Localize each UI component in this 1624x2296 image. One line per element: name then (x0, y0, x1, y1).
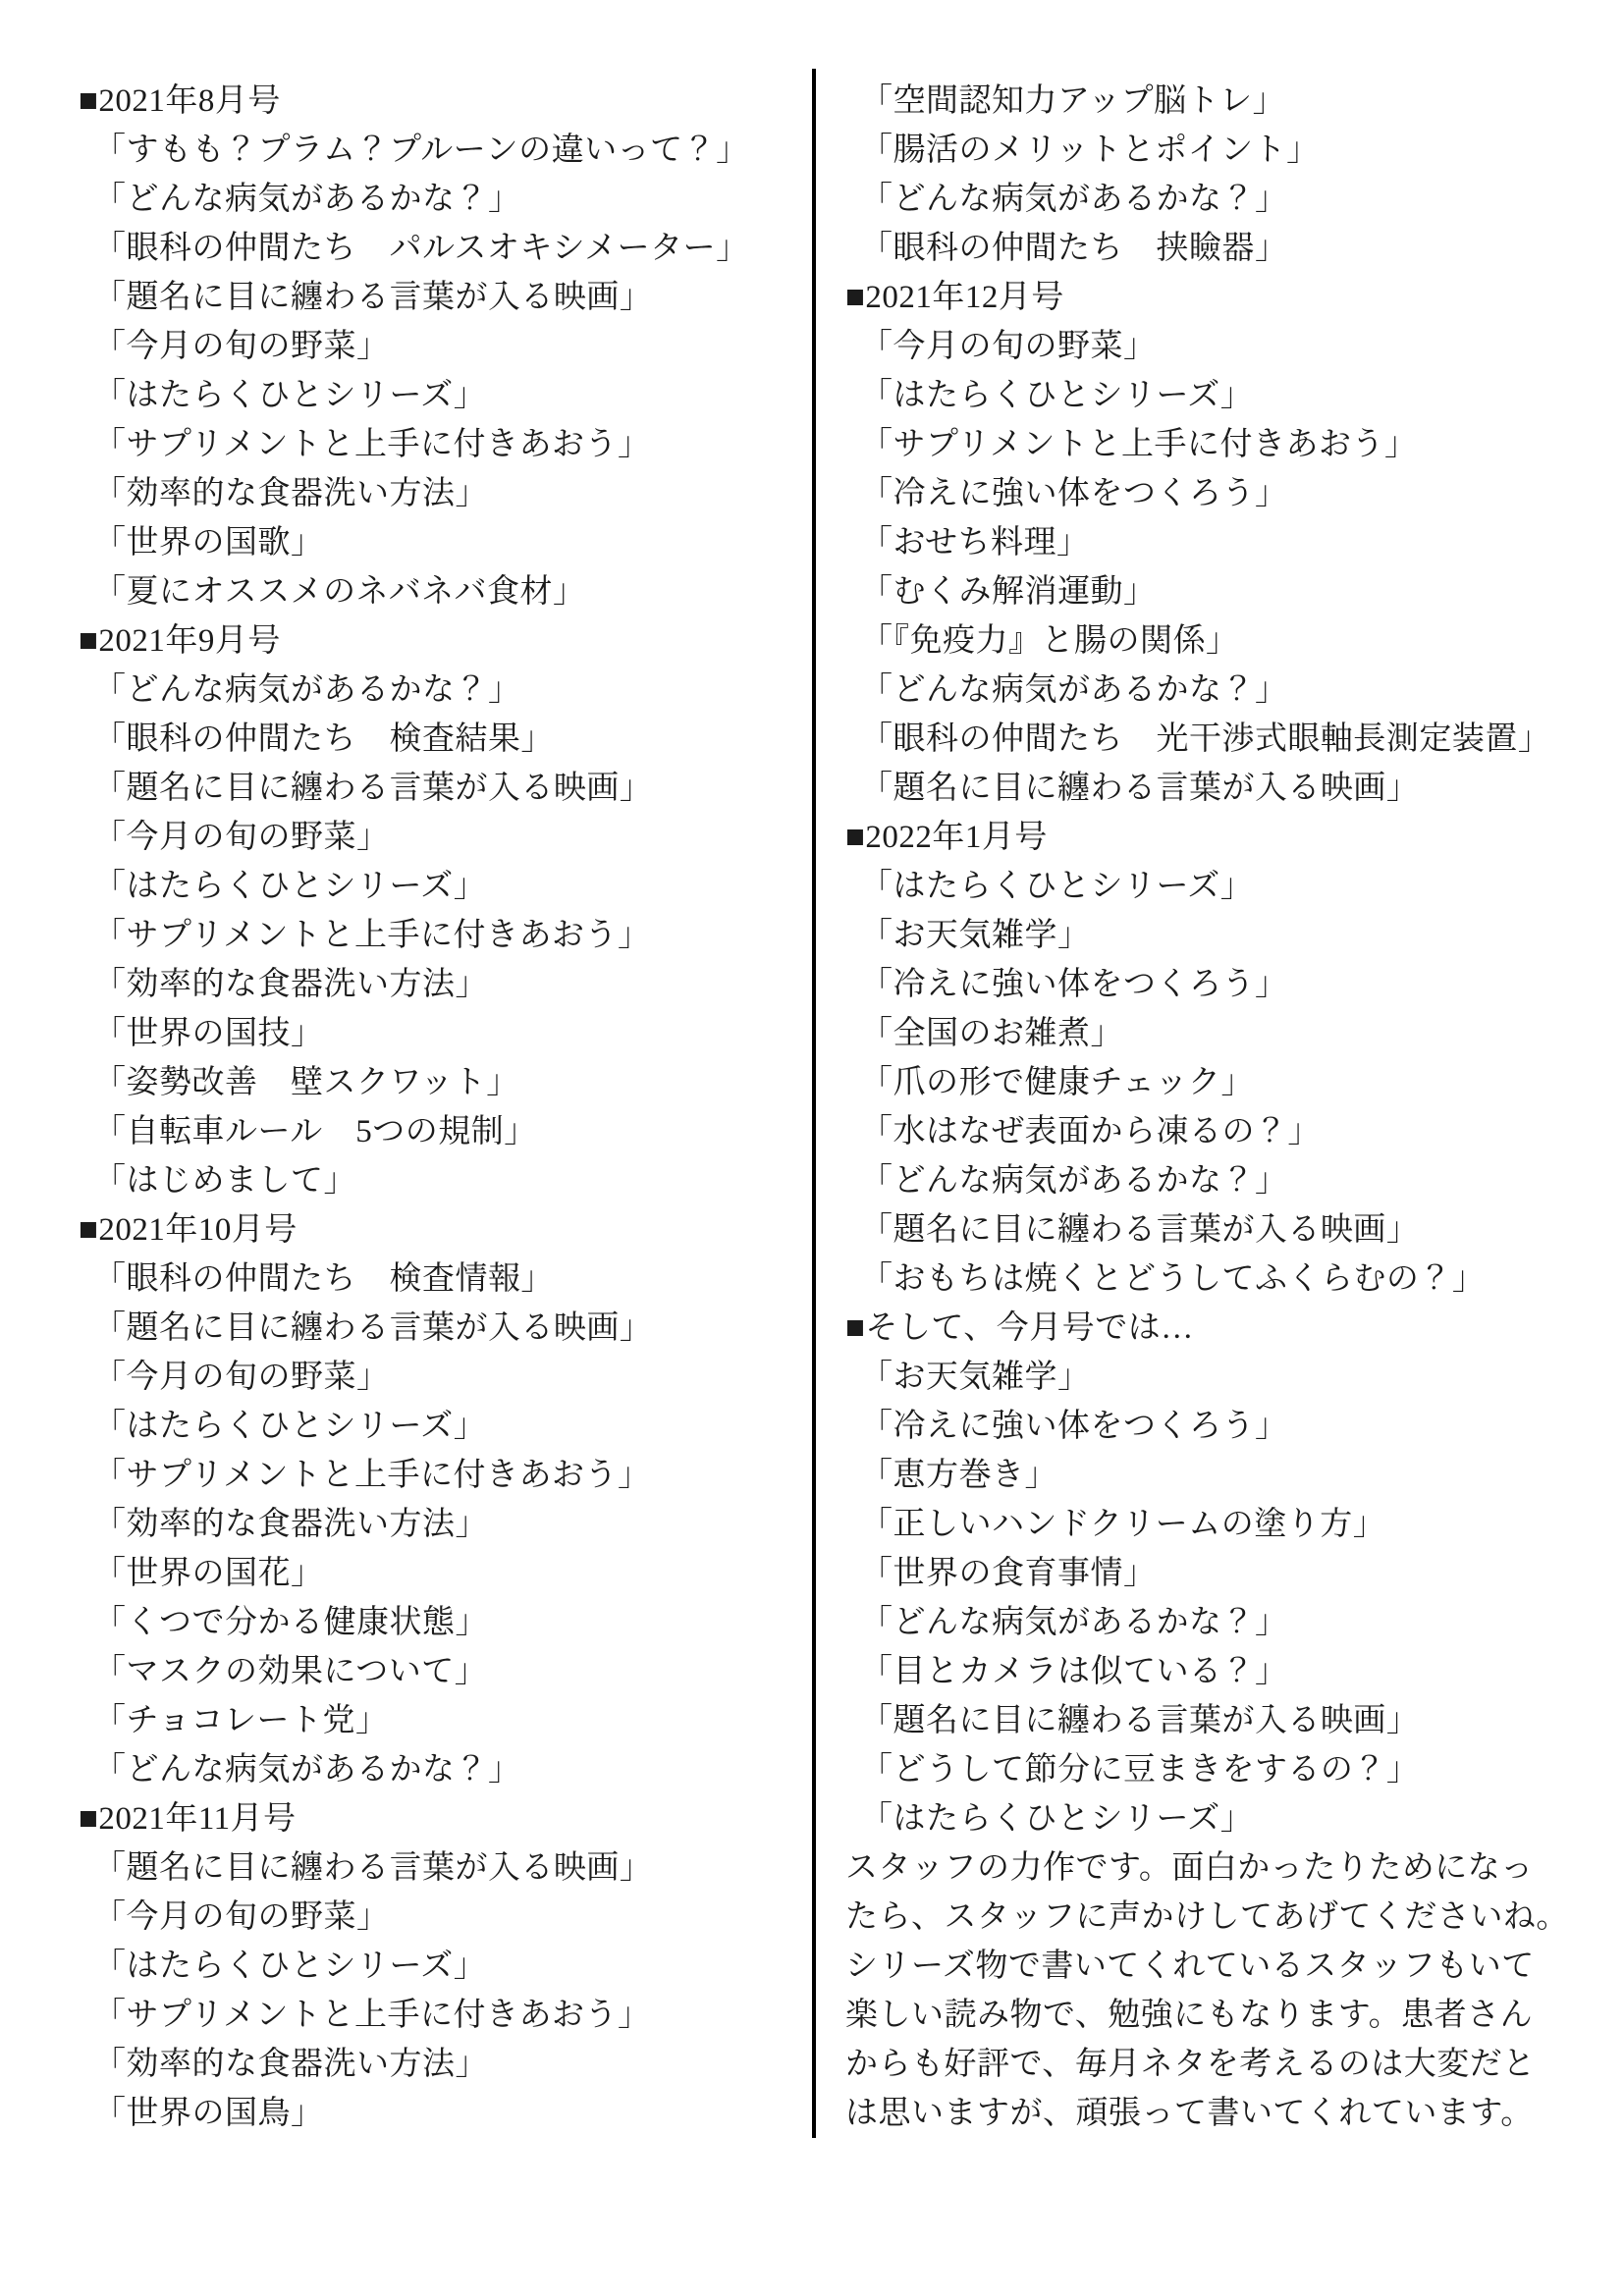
toc-item: 「眼科の仲間たち 検査結果」 (79, 715, 807, 764)
toc-item: 「おせち料理」 (845, 518, 1621, 567)
issue-header: ■2021年10月号 (79, 1205, 807, 1255)
toc-item: 「今月の旬の野菜」 (79, 1893, 807, 1942)
toc-item: 「はたらくひとシリーズ」 (79, 1402, 807, 1451)
toc-item: 「マスクの効果について」 (79, 1647, 807, 1696)
issue-header: ■2021年12月号 (845, 273, 1621, 322)
toc-item: 「水はなぜ表面から凍るの？」 (845, 1107, 1621, 1156)
toc-item: 「効率的な食器洗い方法」 (79, 1500, 807, 1549)
toc-item: 「サプリメントと上手に付きあおう」 (79, 911, 807, 960)
toc-item: 「どんな病気があるかな？」 (79, 1745, 807, 1794)
paragraph-line: シリーズ物で書いてくれているスタッフもいて (845, 1942, 1621, 1991)
paragraph-line: スタッフの力作です。面白かったりためになっ (845, 1843, 1621, 1893)
paragraph-line: たら、スタッフに声かけしてあげてくださいね。 (845, 1893, 1621, 1942)
issue-header: ■2021年8月号 (79, 77, 807, 126)
issue-header: ■そして、今月号では… (845, 1304, 1621, 1353)
issue-header: ■2022年1月号 (845, 813, 1621, 862)
toc-item: 「自転車ルール 5つの規制」 (79, 1107, 807, 1156)
toc-item: 「冷えに強い体をつくろう」 (845, 1402, 1621, 1451)
toc-item: 「サプリメントと上手に付きあおう」 (79, 420, 807, 469)
toc-item: 「眼科の仲間たち 検査情報」 (79, 1255, 807, 1304)
toc-item: 「サプリメントと上手に付きあおう」 (79, 1451, 807, 1500)
paragraph-line: 楽しい読み物で、勉強にもなります。患者さん (845, 1991, 1621, 2040)
toc-item: 「眼科の仲間たち 光干渉式眼軸長測定装置」 (845, 715, 1621, 764)
toc-item: 「チョコレート党」 (79, 1696, 807, 1745)
toc-item: 「題名に目に纏わる言葉が入る映画」 (79, 273, 807, 322)
toc-item: 「はたらくひとシリーズ」 (79, 862, 807, 911)
toc-item: 「題名に目に纏わる言葉が入る映画」 (79, 1304, 807, 1353)
toc-item: 「冷えに強い体をつくろう」 (845, 469, 1621, 518)
toc-item: 「正しいハンドクリームの塗り方」 (845, 1500, 1621, 1549)
toc-item: 「はたらくひとシリーズ」 (845, 1794, 1621, 1843)
toc-item: 「題名に目に纏わる言葉が入る映画」 (845, 1205, 1621, 1255)
toc-item: 「すもも？プラム？プルーンの違いって？」 (79, 126, 807, 175)
toc-item: 「世界の国歌」 (79, 518, 807, 567)
toc-item: 「はたらくひとシリーズ」 (845, 862, 1621, 911)
toc-item: 「今月の旬の野菜」 (79, 1353, 807, 1402)
toc-item: 「世界の国鳥」 (79, 2089, 807, 2138)
toc-item: 「恵方巻き」 (845, 1451, 1621, 1500)
toc-item: 「『免疫力』と腸の関係」 (845, 616, 1621, 666)
toc-item: 「どんな病気があるかな？」 (845, 1156, 1621, 1205)
issue-header: ■2021年9月号 (79, 616, 807, 666)
document-page: ■2021年8月号「すもも？プラム？プルーンの違いって？」「どんな病気があるかな… (0, 0, 1624, 2296)
toc-item: 「全国のお雑煮」 (845, 1009, 1621, 1058)
toc-item: 「はたらくひとシリーズ」 (79, 371, 807, 420)
toc-item: 「爪の形で健康チェック」 (845, 1058, 1621, 1107)
toc-item: 「眼科の仲間たち パルスオキシメーター」 (79, 224, 807, 273)
paragraph-line: は思いますが、頑張って書いてくれています。 (845, 2089, 1621, 2138)
column-divider (812, 69, 816, 2138)
toc-item: 「腸活のメリットとポイント」 (845, 126, 1621, 175)
toc-item: 「くつで分かる健康状態」 (79, 1598, 807, 1647)
toc-item: 「お天気雑学」 (845, 911, 1621, 960)
paragraph-line: からも好評で、毎月ネタを考えるのは大変だと (845, 2040, 1621, 2089)
toc-item: 「世界の食育事情」 (845, 1549, 1621, 1598)
toc-item: 「題名に目に纏わる言葉が入る映画」 (845, 1696, 1621, 1745)
toc-item: 「サプリメントと上手に付きあおう」 (845, 420, 1621, 469)
toc-item: 「今月の旬の野菜」 (845, 322, 1621, 371)
toc-item: 「空間認知力アップ脳トレ」 (845, 77, 1621, 126)
toc-item: 「どんな病気があるかな？」 (845, 175, 1621, 224)
toc-item: 「題名に目に纏わる言葉が入る映画」 (79, 1843, 807, 1893)
toc-column-left: ■2021年8月号「すもも？プラム？プルーンの違いって？」「どんな病気があるかな… (79, 77, 807, 2138)
toc-item: 「どうして節分に豆まきをするの？」 (845, 1745, 1621, 1794)
toc-item: 「はたらくひとシリーズ」 (845, 371, 1621, 420)
toc-item: 「どんな病気があるかな？」 (79, 175, 807, 224)
toc-item: 「眼科の仲間たち 挟瞼器」 (845, 224, 1621, 273)
toc-item: 「お天気雑学」 (845, 1353, 1621, 1402)
issue-header: ■2021年11月号 (79, 1794, 807, 1843)
toc-item: 「どんな病気があるかな？」 (79, 666, 807, 715)
toc-item: 「どんな病気があるかな？」 (845, 1598, 1621, 1647)
toc-item: 「むくみ解消運動」 (845, 567, 1621, 616)
toc-item: 「効率的な食器洗い方法」 (79, 469, 807, 518)
toc-item: 「目とカメラは似ている？」 (845, 1647, 1621, 1696)
toc-column-right: 「空間認知力アップ脳トレ」「腸活のメリットとポイント」「どんな病気があるかな？」… (845, 77, 1621, 2138)
toc-item: 「冷えに強い体をつくろう」 (845, 960, 1621, 1009)
toc-item: 「サプリメントと上手に付きあおう」 (79, 1991, 807, 2040)
toc-item: 「今月の旬の野菜」 (79, 322, 807, 371)
toc-item: 「はたらくひとシリーズ」 (79, 1942, 807, 1991)
toc-item: 「今月の旬の野菜」 (79, 813, 807, 862)
toc-item: 「夏にオススメのネバネバ食材」 (79, 567, 807, 616)
toc-item: 「どんな病気があるかな？」 (845, 666, 1621, 715)
toc-item: 「効率的な食器洗い方法」 (79, 2040, 807, 2089)
toc-item: 「はじめまして」 (79, 1156, 807, 1205)
toc-item: 「世界の国技」 (79, 1009, 807, 1058)
toc-item: 「題名に目に纏わる言葉が入る映画」 (79, 764, 807, 813)
toc-item: 「効率的な食器洗い方法」 (79, 960, 807, 1009)
toc-item: 「世界の国花」 (79, 1549, 807, 1598)
toc-item: 「おもちは焼くとどうしてふくらむの？」 (845, 1255, 1621, 1304)
toc-item: 「姿勢改善 壁スクワット」 (79, 1058, 807, 1107)
toc-item: 「題名に目に纏わる言葉が入る映画」 (845, 764, 1621, 813)
